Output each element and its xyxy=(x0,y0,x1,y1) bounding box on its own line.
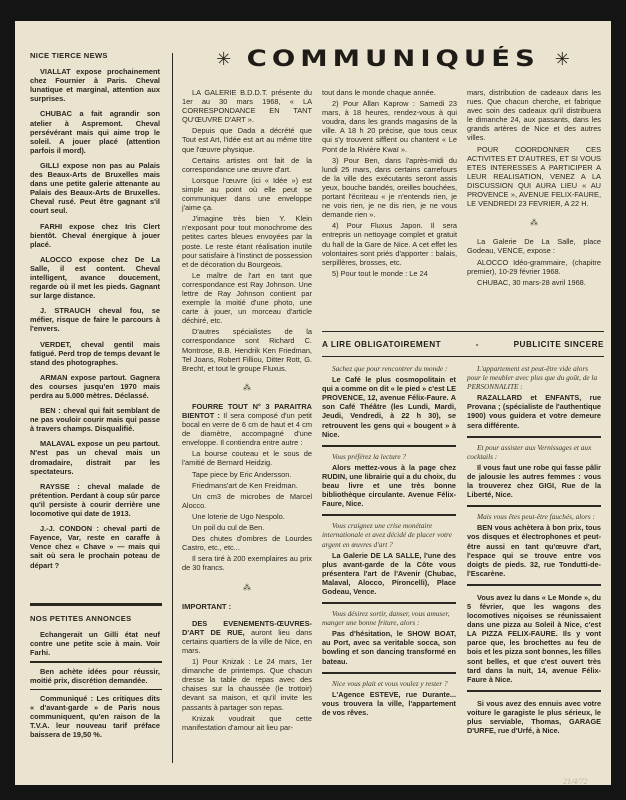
asterisk-ornament-icon: ✳ xyxy=(555,49,570,70)
news-item: GILLI expose non pas au Palais des Beaux… xyxy=(30,161,160,216)
classified-ad: Ben achète idées pour réussir, moitié pr… xyxy=(30,667,160,685)
list-item: Tape piece by Eric Andersson. xyxy=(182,470,312,479)
ads-header-left: A LIRE OBLIGATOIREMENT xyxy=(322,340,441,349)
list-item: Friedmans'art de Ken Freidman. xyxy=(182,481,312,490)
ad-lead: L'appartement est peut-être vide alors p… xyxy=(467,364,601,391)
news-item: VIALLAT expose prochainement chez Fourni… xyxy=(30,67,160,103)
paragraph: 4) Pour Fluxus Japon. Il sera entrepris … xyxy=(322,221,457,266)
paragraph: ALOCCO Idéo-grammaire, (chapitre premier… xyxy=(467,258,601,276)
paragraph: tout dans le monde chaque année. xyxy=(322,88,457,97)
advertisement: L'appartement est peut-être vide alors p… xyxy=(467,359,601,438)
advertisement: Vous craignez une crise monétaire intern… xyxy=(322,516,456,604)
ad-body: Il vous faut une robe qui fasse pâlir de… xyxy=(467,463,601,499)
news-item: FARHI expose chez Iris Clert bientôt. Ch… xyxy=(30,222,160,249)
advertisement: Nice vous plait et vous voulez y rester … xyxy=(322,674,456,723)
nice-tierce-news-column: NICE TIERCE NEWS VIALLAT expose prochain… xyxy=(30,51,160,576)
advertisement: Vous préférez la lecture ? Alors mettez-… xyxy=(322,447,456,517)
ad-body: RAZALLARD et ENFANTS, rue Provana ; (spé… xyxy=(467,393,601,429)
paragraph: 2) Pour Allan Kaprow : Samedi 23 mars, à… xyxy=(322,99,457,154)
news-item: VERDET, cheval gentil mais fatigué. Perd… xyxy=(30,340,160,367)
paragraph: Certains artistes ont fait de la corresp… xyxy=(182,156,312,174)
ads-header-dash: - xyxy=(476,340,479,349)
asterisk-ornament-icon: ✳ xyxy=(216,49,231,70)
advertisement: Vous avez lu dans « Le Monde », du 5 fév… xyxy=(467,586,601,692)
ad-lead: Et pour assister aux Vernissages et aux … xyxy=(467,443,601,461)
paragraph: J'imagine très bien Y. Klein n'exposant … xyxy=(182,214,312,269)
list-item: Un cm3 de microbes de Marcel Alocco. xyxy=(182,492,312,510)
column-heading: NOS PETITES ANNONCES xyxy=(30,614,160,623)
advertisement: Sachez que pour rencontrer du monde : Le… xyxy=(322,359,456,447)
dingbat-icon: ⁂ xyxy=(182,583,312,592)
title-text: COMMUNIQUÉS xyxy=(246,47,539,72)
paragraph: Depuis que Dada a décrété que Tout est A… xyxy=(182,126,312,153)
paragraph: D'autres spécialistes de la correspondan… xyxy=(182,327,312,372)
news-item: MALAVAL expose un peu partout. N'est pas… xyxy=(30,439,160,475)
ad-lead: Sachez que pour rencontrer du monde : xyxy=(322,364,456,373)
ad-lead: Vous désirez sortir, danser, vous amuser… xyxy=(322,609,456,627)
ad-body: Si vous avez des ennuis avec votre voitu… xyxy=(467,699,601,735)
list-item: Une loterie de Ugo Nespolo. xyxy=(182,512,312,521)
paragraph: Le maître de l'art en tant que correspon… xyxy=(182,271,312,326)
news-item: J.-J. CONDON : cheval parti de Fayence, … xyxy=(30,524,160,569)
box-top-rule xyxy=(322,331,604,332)
pencil-annotation: 21/4/72 xyxy=(563,777,587,786)
news-item: J. STRAUCH cheval fou, se méfier, risque… xyxy=(30,306,160,333)
paragraph: mars, distribution de cadeaux dans les r… xyxy=(467,88,601,143)
evenements-column: tout dans le monde chaque année. 2) Pour… xyxy=(322,88,457,280)
ad-divider xyxy=(30,661,162,662)
paragraph: La Galerie De La Salle, place Godeau, VE… xyxy=(467,237,601,255)
ad-lead: Vous craignez une crise monétaire intern… xyxy=(322,521,456,548)
news-item: CHUBAC a fait agrandir son atelier à Asp… xyxy=(30,109,160,154)
ads-left-column: Sachez que pour rencontrer du monde : Le… xyxy=(322,359,456,723)
list-item: Un poil du cul de Ben. xyxy=(182,523,312,532)
ad-body: Pas d'hésitation, le SHOW BOAT, au Port,… xyxy=(322,629,456,665)
galerie-bddt-column: LA GALERIE B.D.D.T. présente du 1er au 3… xyxy=(182,88,312,734)
advertisement: Et pour assister aux Vernissages et aux … xyxy=(467,438,601,508)
section-divider xyxy=(30,603,162,606)
dingbat-icon: ⁂ xyxy=(467,218,601,227)
paragraph: POUR COORDONNER CES ACTIVITES ET D'AUTRE… xyxy=(467,145,601,209)
news-item: ARMAN expose partout. Gagnera des course… xyxy=(30,373,160,400)
paragraph: 1) Pour Knizak : Le 24 mars, 1er dimanch… xyxy=(182,657,312,712)
ad-body: La Galerie DE LA SALLE, l'une des plus a… xyxy=(322,551,456,596)
paragraph: CHUBAC, 30 mars-28 avril 1968. xyxy=(467,278,601,287)
column-divider xyxy=(172,53,173,763)
list-item: La bourse couteau et le sous de l'amitié… xyxy=(182,449,312,467)
news-item: RAYSSE : cheval malade de prétention. Pe… xyxy=(30,482,160,518)
classified-ad: Echangerait un Gilli état neuf contre un… xyxy=(30,630,160,657)
ad-divider xyxy=(30,689,162,690)
important-label: IMPORTANT : xyxy=(182,602,312,611)
ad-body: Alors mettez-vous à la page chez RUDIN, … xyxy=(322,463,456,508)
petites-annonces-column: NOS PETITES ANNONCES Echangerait un Gill… xyxy=(30,614,160,745)
ad-lead: Nice vous plait et vous voulez y rester … xyxy=(322,679,456,688)
advertisement: Si vous avez des ennuis avec votre voitu… xyxy=(467,692,601,741)
ad-body: Le Café le plus cosmopolitain et qui a c… xyxy=(322,375,456,439)
ads-header: A LIRE OBLIGATOIREMENT - PUBLICITE SINCE… xyxy=(322,340,604,349)
advertisement: Mais vous êtes peut-être fauchés, alors … xyxy=(467,507,601,586)
page-title: ✳ COMMUNIQUÉS ✳ xyxy=(175,47,611,72)
paragraph: Il sera tiré à 200 exemplaires au prix d… xyxy=(182,554,312,572)
column-heading: NICE TIERCE NEWS xyxy=(30,51,160,60)
dingbat-icon: ⁂ xyxy=(182,383,312,392)
classified-ad: Communiqué : Les critiques dits « d'avan… xyxy=(30,694,160,739)
ad-body: Vous avez lu dans « Le Monde », du 5 fév… xyxy=(467,593,601,684)
newspaper-page: ✳ COMMUNIQUÉS ✳ NICE TIERCE NEWS VIALLAT… xyxy=(15,21,611,785)
paragraph: 3) Pour Ben, dans l'après-midi du lundi … xyxy=(322,156,457,220)
paragraph: LA GALERIE B.D.D.T. présente du 1er au 3… xyxy=(182,88,312,124)
news-item: ALOCCO expose chez De La Salle, il est c… xyxy=(30,255,160,300)
box-header-rule xyxy=(322,356,604,357)
ad-body: L'Agence ESTEVE, rue Durante... vous tro… xyxy=(322,690,456,717)
news-item: BEN : cheval qui fait semblant de ne pas… xyxy=(30,406,160,433)
ads-right-column: L'appartement est peut-être vide alors p… xyxy=(467,359,601,741)
ad-lead: Vous préférez la lecture ? xyxy=(322,452,456,461)
ad-body: BEN vous achètera à bon prix, tous vos d… xyxy=(467,523,601,578)
paragraph: Lorsque l'œuvre (ici « Idée ») est simpl… xyxy=(182,176,312,212)
advertisement: Vous désirez sortir, danser, vous amuser… xyxy=(322,604,456,674)
paragraph: 5) Pour tout le monde : Le 24 xyxy=(322,269,457,278)
coordination-column: mars, distribution de cadeaux dans les r… xyxy=(467,88,601,289)
paragraph: Knizak voudrait que cette manifestation … xyxy=(182,714,312,732)
ads-header-right: PUBLICITE SINCERE xyxy=(514,340,604,349)
list-item: Des chutes d'ombres de Lourdes Castro, e… xyxy=(182,534,312,552)
ad-lead: Mais vous êtes peut-être fauchés, alors … xyxy=(467,512,601,521)
